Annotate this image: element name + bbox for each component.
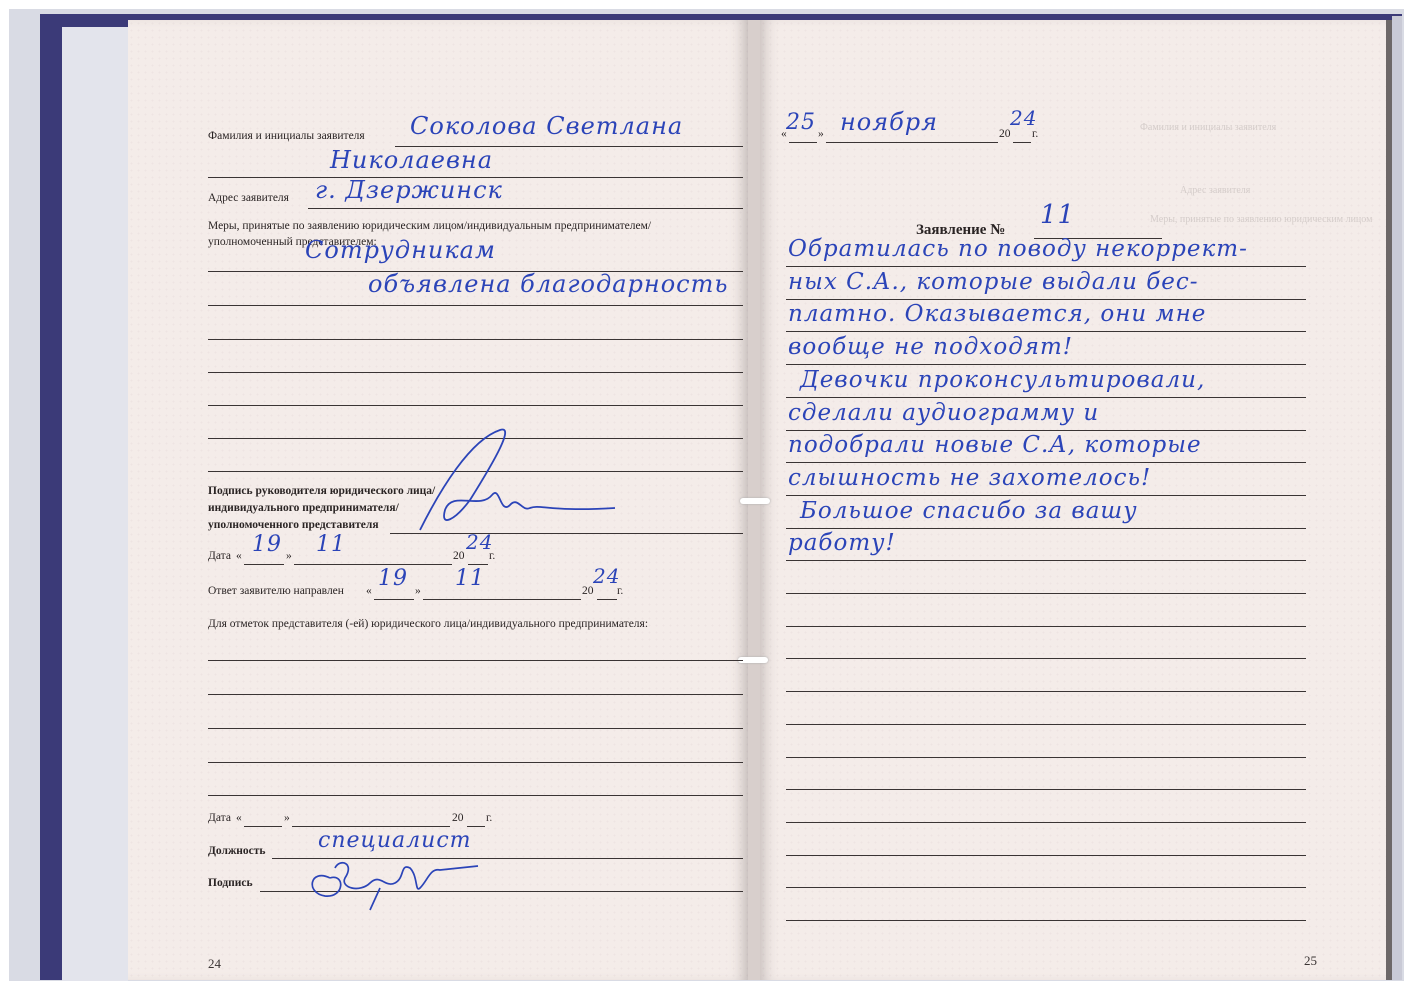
statement-line bbox=[786, 855, 1306, 856]
quote-open: « bbox=[236, 550, 242, 562]
notes-line bbox=[208, 694, 743, 695]
reply-day-line bbox=[374, 599, 414, 600]
reply-label: Ответ заявителю направлен bbox=[208, 585, 344, 597]
statement-line bbox=[786, 691, 1306, 692]
statement-year-line bbox=[1013, 142, 1031, 143]
date2-day-line bbox=[244, 826, 282, 827]
statement-number-value[interactable]: 11 bbox=[1040, 200, 1075, 230]
measures-value-1[interactable]: Сотрудникам bbox=[305, 236, 496, 264]
statement-year-prefix: 20 bbox=[999, 128, 1011, 140]
head-signature-label-3: уполномоченного представителя bbox=[208, 519, 379, 531]
statement-text-line[interactable]: Большое спасибо за вашу bbox=[800, 498, 1138, 524]
date-year-value[interactable]: 24 bbox=[466, 530, 493, 554]
statement-line bbox=[786, 887, 1306, 888]
date-day-line bbox=[244, 564, 284, 565]
date-label: Дата bbox=[208, 550, 231, 562]
statement-line bbox=[786, 331, 1306, 332]
specialist-signature-image bbox=[300, 848, 480, 918]
statement-line bbox=[786, 626, 1306, 627]
reply-year-prefix: 20 bbox=[582, 585, 594, 597]
statement-line bbox=[786, 299, 1306, 300]
cover-edge bbox=[1392, 16, 1402, 980]
statement-text-line[interactable]: слышность не захотелось! bbox=[788, 465, 1151, 491]
statement-line bbox=[786, 528, 1306, 529]
statement-month-value[interactable]: ноября bbox=[840, 108, 938, 136]
date2-month-line bbox=[292, 826, 450, 827]
statement-line bbox=[786, 789, 1306, 790]
statement-text-line[interactable]: Девочки проконсультировали, bbox=[800, 367, 1205, 393]
measures-line bbox=[208, 271, 743, 272]
position-label: Должность bbox=[208, 845, 266, 857]
address-label: Адрес заявителя bbox=[208, 192, 289, 204]
date-month-line bbox=[294, 564, 452, 565]
statement-month-line bbox=[826, 142, 998, 143]
statement-line bbox=[786, 757, 1306, 758]
notes-label: Для отметок представителя (-ей) юридичес… bbox=[208, 618, 648, 630]
quote-close: » bbox=[818, 128, 824, 140]
quote-close: » bbox=[415, 585, 421, 597]
statement-text-line[interactable]: платно. Оказывается, они мне bbox=[788, 301, 1206, 327]
reply-month-value[interactable]: 11 bbox=[455, 566, 485, 591]
notes-line bbox=[208, 762, 743, 763]
date-year-line bbox=[468, 564, 488, 565]
address-value[interactable]: г. Дзержинск bbox=[315, 176, 503, 204]
statement-day-value[interactable]: 25 bbox=[786, 110, 816, 135]
measures-value-2[interactable]: объявлена благодарность bbox=[368, 270, 728, 298]
statement-text-line[interactable]: ных С.А., которые выдали бес- bbox=[788, 269, 1199, 295]
measures-line bbox=[208, 339, 743, 340]
statement-text-line[interactable]: работу! bbox=[788, 530, 896, 556]
statement-line bbox=[786, 593, 1306, 594]
statement-line bbox=[786, 266, 1306, 267]
statement-line bbox=[786, 397, 1306, 398]
quote-close: » bbox=[284, 812, 290, 824]
bleed-through-text: Адрес заявителя bbox=[1180, 185, 1250, 196]
statement-line bbox=[786, 920, 1306, 921]
statement-line bbox=[786, 560, 1306, 561]
date-day-value[interactable]: 19 bbox=[252, 532, 282, 557]
signature-label: Подпись bbox=[208, 877, 253, 889]
notes-line bbox=[208, 795, 743, 796]
quote-open: « bbox=[236, 812, 242, 824]
reply-day-value[interactable]: 19 bbox=[378, 566, 408, 591]
quote-close: » bbox=[286, 550, 292, 562]
notes-line bbox=[208, 728, 743, 729]
statement-text-line[interactable]: сделали аудиограмму и bbox=[788, 400, 1099, 426]
page-number-right: 25 bbox=[1304, 953, 1317, 969]
statement-line bbox=[786, 462, 1306, 463]
head-signature-image bbox=[400, 420, 620, 540]
cover-inner-flap bbox=[62, 27, 128, 981]
measures-line bbox=[208, 305, 743, 306]
measures-label: Меры, принятые по заявлению юридическим … bbox=[208, 220, 651, 232]
date2-year-line bbox=[467, 826, 485, 827]
bleed-through-text: Меры, принятые по заявлению юридическим … bbox=[1150, 214, 1372, 225]
binding-thread bbox=[740, 498, 770, 504]
statement-text-line[interactable]: Обратилась по поводу некоррект- bbox=[788, 236, 1248, 262]
notes-line bbox=[208, 660, 743, 661]
reply-year-value[interactable]: 24 bbox=[593, 564, 620, 588]
reply-year-line bbox=[597, 599, 617, 600]
bleed-through-text: Фамилия и инициалы заявителя bbox=[1140, 122, 1276, 133]
statement-day-line bbox=[789, 142, 817, 143]
date2-year-prefix: 20 bbox=[452, 812, 464, 824]
page-number-left: 24 bbox=[208, 956, 221, 972]
date-year-prefix: 20 bbox=[453, 550, 465, 562]
date2-label: Дата bbox=[208, 812, 231, 824]
statement-text-line[interactable]: вообще не подходят! bbox=[788, 334, 1073, 360]
statement-line bbox=[786, 430, 1306, 431]
date-month-value[interactable]: 11 bbox=[316, 532, 346, 557]
measures-line bbox=[208, 372, 743, 373]
statement-line bbox=[786, 495, 1306, 496]
statement-text-line[interactable]: подобрали новые С.А, которые bbox=[788, 432, 1202, 458]
year-abbr: г. bbox=[486, 812, 492, 824]
reply-month-line bbox=[423, 599, 581, 600]
statement-year-value[interactable]: 24 bbox=[1010, 106, 1037, 130]
head-signature-label-2: индивидуального предпринимателя/ bbox=[208, 502, 399, 514]
quote-open: « bbox=[366, 585, 372, 597]
applicant-name-value[interactable]: Соколова Светлана bbox=[410, 112, 683, 140]
applicant-name-value-2[interactable]: Николаевна bbox=[330, 146, 493, 174]
statement-line bbox=[786, 822, 1306, 823]
statement-line bbox=[786, 364, 1306, 365]
address-line bbox=[308, 208, 743, 209]
measures-line bbox=[208, 405, 743, 406]
statement-line bbox=[786, 658, 1306, 659]
applicant-name-label: Фамилия и инициалы заявителя bbox=[208, 130, 365, 142]
statement-line bbox=[786, 724, 1306, 725]
